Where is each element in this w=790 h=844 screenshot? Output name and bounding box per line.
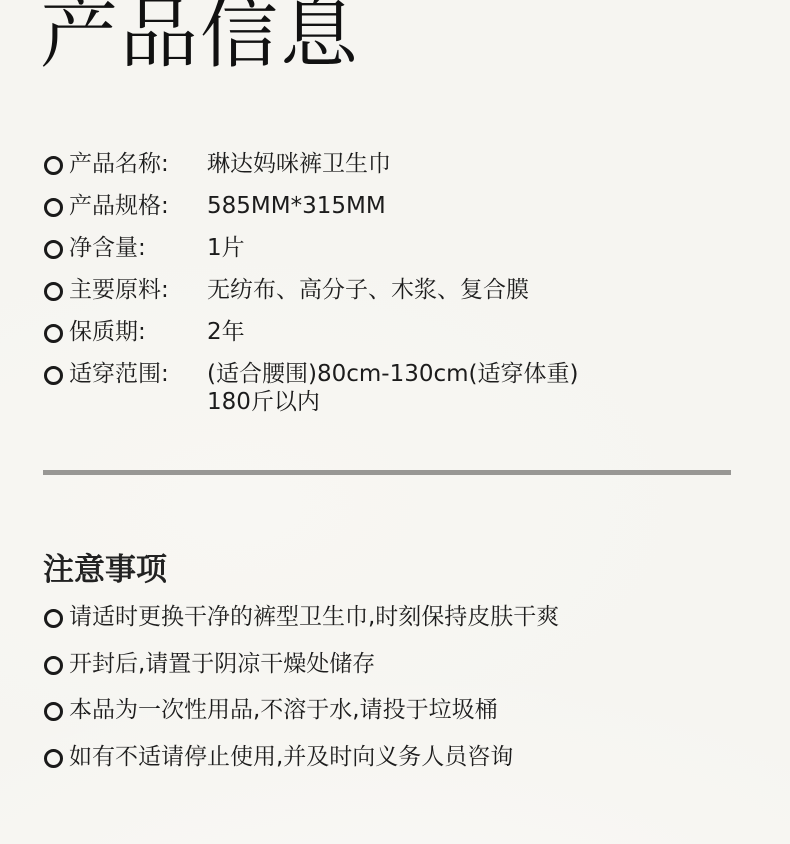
spec-value: 琳达妈咪裤卫生巾 (207, 150, 744, 178)
circle-outline-icon (44, 749, 63, 768)
spec-value: 1片 (207, 234, 744, 262)
note-item: 开封后,请置于阴凉干燥处储存 (44, 650, 764, 678)
section-divider (43, 470, 731, 475)
circle-outline-icon (44, 198, 63, 217)
circle-outline-icon (44, 366, 63, 385)
note-text: 开封后,请置于阴凉干燥处储存 (69, 650, 375, 678)
circle-outline-icon (44, 656, 63, 675)
spec-label: 适穿范围: (69, 360, 207, 388)
circle-outline-icon (44, 324, 63, 343)
note-item: 请适时更换干净的裤型卫生巾,时刻保持皮肤干爽 (44, 603, 764, 631)
circle-outline-icon (44, 702, 63, 721)
spec-label: 净含量: (69, 234, 207, 262)
spec-label: 保质期: (69, 318, 207, 346)
spec-value: 585MM*315MM (207, 192, 744, 220)
spec-value: 无纺布、高分子、木浆、复合膜 (207, 276, 744, 304)
note-text: 本品为一次性用品,不溶于水,请投于垃圾桶 (69, 696, 498, 724)
circle-outline-icon (44, 240, 63, 259)
spec-row-shelf-life: 保质期: 2年 (44, 318, 744, 346)
spec-label: 产品规格: (69, 192, 207, 220)
spec-label: 产品名称: (69, 150, 207, 178)
circle-outline-icon (44, 282, 63, 301)
page-title: 产品信息 (40, 0, 360, 78)
product-spec-list: 产品名称: 琳达妈咪裤卫生巾 产品规格: 585MM*315MM 净含量: 1片… (44, 150, 744, 430)
circle-outline-icon (44, 609, 63, 628)
note-text: 如有不适请停止使用,并及时向义务人员咨询 (69, 743, 513, 771)
spec-row-materials: 主要原料: 无纺布、高分子、木浆、复合膜 (44, 276, 744, 304)
circle-outline-icon (44, 156, 63, 175)
notes-list: 请适时更换干净的裤型卫生巾,时刻保持皮肤干爽 开封后,请置于阴凉干燥处储存 本品… (44, 603, 764, 789)
spec-value: 2年 (207, 318, 744, 346)
note-item: 如有不适请停止使用,并及时向义务人员咨询 (44, 743, 764, 771)
note-text: 请适时更换干净的裤型卫生巾,时刻保持皮肤干爽 (69, 603, 559, 631)
spec-row-net-content: 净含量: 1片 (44, 234, 744, 262)
notes-title: 注意事项 (43, 544, 167, 589)
spec-row-name: 产品名称: 琳达妈咪裤卫生巾 (44, 150, 744, 178)
spec-label: 主要原料: (69, 276, 207, 304)
note-item: 本品为一次性用品,不溶于水,请投于垃圾桶 (44, 696, 764, 724)
spec-value-line1: (适合腰围)80cm-130cm(适穿体重) (207, 361, 578, 387)
spec-row-fit-range: 适穿范围: (适合腰围)80cm-130cm(适穿体重) 180斤以内 (44, 360, 744, 416)
spec-value: (适合腰围)80cm-130cm(适穿体重) 180斤以内 (207, 360, 744, 416)
spec-row-size: 产品规格: 585MM*315MM (44, 192, 744, 220)
spec-value-line2: 180斤以内 (207, 389, 320, 415)
